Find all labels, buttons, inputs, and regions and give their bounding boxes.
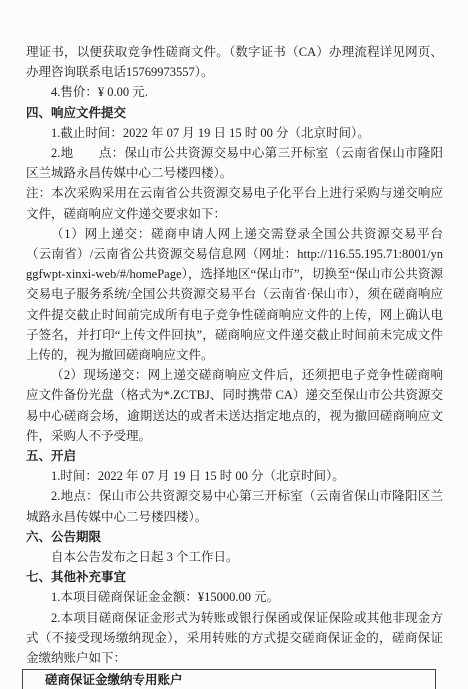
item-opening-time: 1.时间：2022 年 07 月 19 日 15 时 00 分（北京时间）。 <box>26 466 443 486</box>
item-submission-location: 2.地 点：保山市公共资源交易中心第三开标室（云南省保山市隆阳区兰城路永昌传媒中… <box>26 143 443 183</box>
item-deposit-form: 2.本项目磋商保证金形式为转账或银行保函或保证保险或其他非现金方式（不接受现场缴… <box>26 608 443 669</box>
item-opening-location: 2.地点：保山市公共资源交易中心第三开标室（云南省保山市隆阳区兰城路永昌传媒中心… <box>26 486 443 526</box>
section-heading-announcement-period: 六、公告期限 <box>26 527 443 547</box>
deposit-account-box: 磋商保证金缴纳专用账户 <box>22 669 436 689</box>
note-electronic-platform: 注：本次采购采用在云南省公共资源交易电子化平台上进行采购与递交响应文件，磋商响应… <box>26 183 443 223</box>
section-heading-opening: 五、开启 <box>26 446 443 466</box>
deposit-account-label: 磋商保证金缴纳专用账户 <box>45 670 183 689</box>
section-heading-other-matters: 七、其他补充事宜 <box>26 567 443 587</box>
paragraph-announcement-period: 自本公告发布之日起 3 个工作日。 <box>26 547 443 567</box>
paragraph-ca-certificate-note: 理证书，以便获取竞争性磋商文件。（数字证书（CA）办理流程详见网页、办理咨询联系… <box>26 42 443 82</box>
item-deposit-amount: 1.本项目磋商保证金金额：¥15000.00 元。 <box>26 587 443 607</box>
item-online-submission: （1）网上递交：磋商申请人网上递交需登录全国公共资源交易平台（云南省）/云南省公… <box>26 224 443 365</box>
item-onsite-submission: （2）现场递交：网上递交磋商响应文件后，还须把电子竞争性磋商响应文件备份光盘（格… <box>26 365 443 446</box>
document-page: 理证书，以便获取竞争性磋商文件。（数字证书（CA）办理流程详见网页、办理咨询联系… <box>0 0 468 689</box>
section-heading-response-submission: 四、响应文件提交 <box>26 103 443 123</box>
item-submission-deadline: 1.截止时间：2022 年 07 月 19 日 15 时 00 分（北京时间）。 <box>26 123 443 143</box>
item-sale-price: 4.售价：¥ 0.00 元. <box>26 82 443 102</box>
